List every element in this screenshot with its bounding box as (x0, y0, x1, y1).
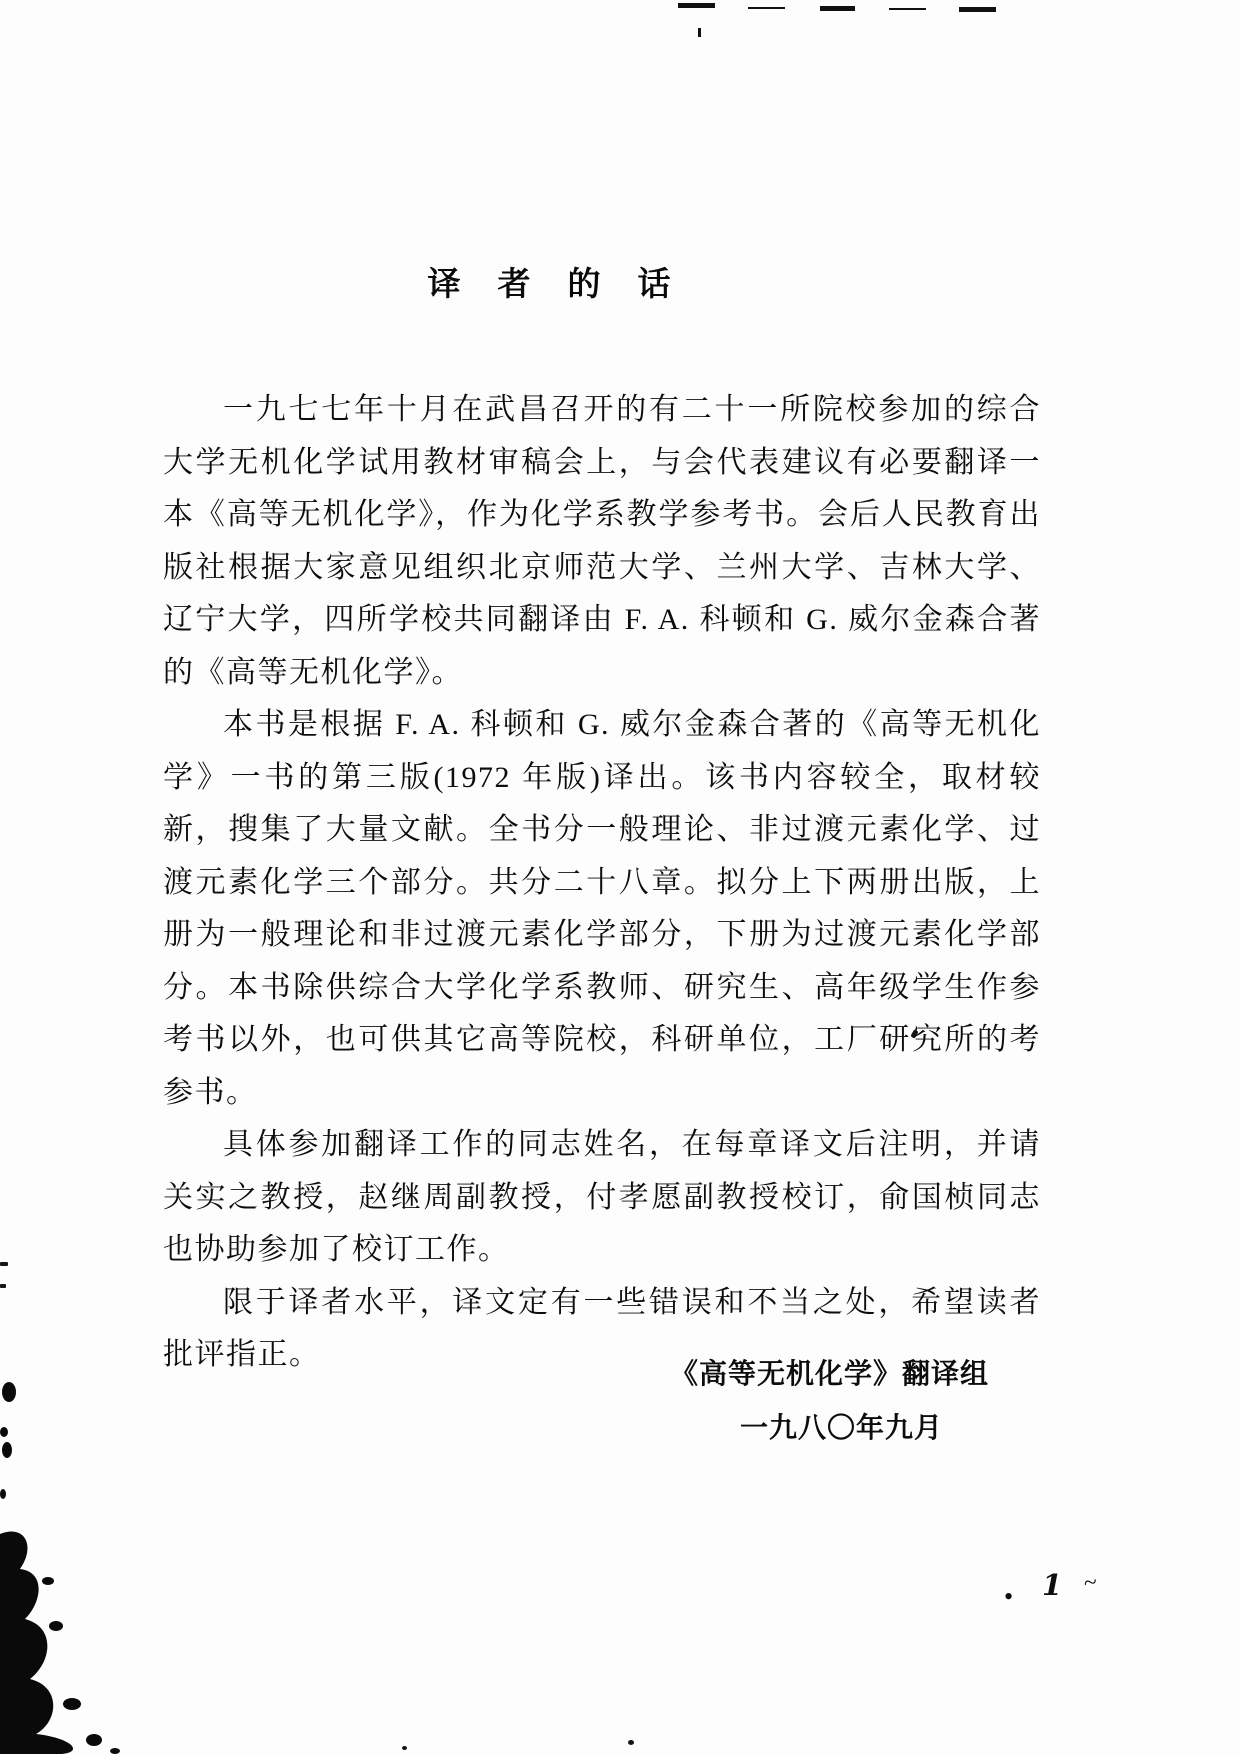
scan-artifact-dash (678, 3, 715, 8)
scan-speck (628, 1740, 634, 1745)
scan-artifact-dash (748, 7, 785, 9)
scan-artifact-dash (820, 6, 855, 11)
scan-artifact-dash (959, 7, 996, 12)
scan-speck (0, 1262, 8, 1266)
paragraph: 一九七七年十月在武昌召开的有二十一所院校参加的综合大学无机化学试用教材审稿会上，… (163, 384, 1041, 699)
page-title: 译 者 的 话 (0, 258, 1100, 305)
scan-speck (0, 1284, 6, 1288)
signature-line-2: 一九八〇年九月 (163, 1406, 1041, 1446)
footer-tilde-mark: ~ (1082, 1569, 1099, 1598)
signature-line-1: 《高等无机化学》翻译组 (163, 1352, 1041, 1392)
paragraph: 本书是根据 F. A. 科顿和 G. 威尔金森合著的《高等无机化学》一书的第三版… (163, 699, 1041, 1119)
footer-dot-mark: • (1004, 1584, 1013, 1610)
paragraph: 具体参加翻译工作的同志姓名，在每章译文后注明，并请关实之教授，赵继周副教授，付孝… (163, 1119, 1041, 1277)
scanned-book-page: { "page": { "title": "译 者 的 话", "paragra… (0, 0, 1240, 1754)
ink-stain (0, 1374, 130, 1754)
page-number: 1 (1042, 1568, 1062, 1602)
page-body: 一九七七年十月在武昌召开的有二十一所院校参加的综合大学无机化学试用教材审稿会上，… (163, 384, 1041, 1382)
page-footer: • 1 ~ (990, 1568, 1130, 1612)
scan-artifact-tick (698, 28, 701, 37)
scan-artifact-dash (889, 8, 926, 10)
scan-speck (402, 1746, 407, 1750)
